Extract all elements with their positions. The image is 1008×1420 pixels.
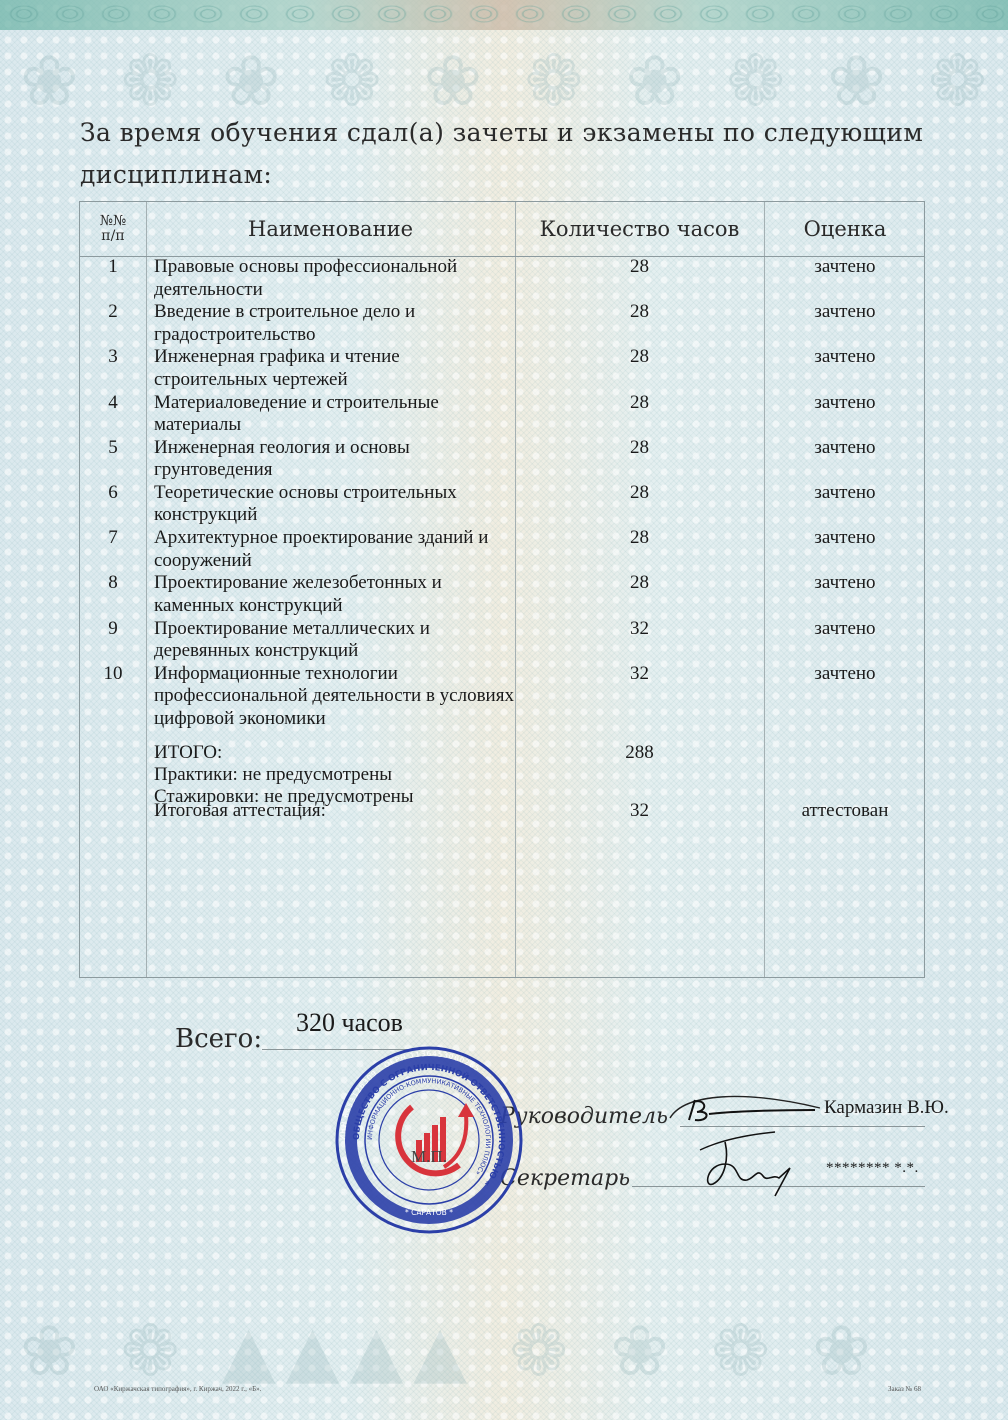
row-number: 3 — [80, 346, 146, 369]
header-name: Наименование — [146, 202, 515, 256]
row-number: 2 — [80, 301, 146, 324]
discipline-grade: зачтено — [764, 392, 926, 415]
table-row: 2Введение в строительное дело и градостр… — [80, 301, 926, 346]
practices-line: Практики: не предусмотрены — [154, 764, 392, 786]
table-row: 7Архитектурное проектирование зданий и с… — [80, 527, 926, 572]
total-label: Всего: — [175, 1024, 262, 1054]
table-row: 8Проектирование железобетонных и каменны… — [80, 572, 926, 617]
discipline-grade: зачтено — [764, 256, 926, 279]
secretary-name: ******** *.*. — [826, 1160, 919, 1177]
secretary-signature-icon — [695, 1128, 805, 1200]
table-row: 3Инженерная графика и чтение строительны… — [80, 346, 926, 391]
head-signature-icon — [665, 1088, 825, 1128]
discipline-hours: 32 — [515, 663, 764, 686]
svg-text:* САРАТОВ *: * САРАТОВ * — [405, 1208, 453, 1217]
table-row: 4Материаловедение и строительные материа… — [80, 392, 926, 437]
discipline-grade: зачтено — [764, 301, 926, 324]
discipline-grade: зачтено — [764, 482, 926, 505]
background-ornament-top: ❀ ❁ ❀ ❁ ❀ ❁ ❀ ❁ ❀ ❁ — [20, 40, 997, 122]
header-hours: Количество часов — [515, 202, 764, 256]
discipline-grade: зачтено — [764, 663, 926, 686]
itogo-hours: 288 — [515, 742, 764, 764]
row-number: 8 — [80, 572, 146, 595]
discipline-name: Правовые основы профессиональной деятель… — [154, 256, 514, 301]
itogo-label: ИТОГО: — [154, 742, 222, 764]
discipline-name: Введение в строительное дело и градостро… — [154, 301, 514, 346]
row-number: 10 — [80, 663, 146, 686]
discipline-name: Инженерная графика и чтение строительных… — [154, 346, 514, 391]
head-label: Руководитель — [500, 1104, 668, 1129]
header-number: №№ п/п — [80, 202, 146, 256]
discipline-grade: зачтено — [764, 572, 926, 595]
table-row: 9Проектирование металлических и деревянн… — [80, 618, 926, 663]
discipline-name: Информационные технологии профессиональн… — [154, 663, 514, 731]
organization-stamp: ИНН 6453126309 · ОГРН 1136453000265 · ОБ… — [334, 1045, 524, 1235]
discipline-hours: 28 — [515, 392, 764, 415]
row-number: 1 — [80, 256, 146, 279]
discipline-grade: зачтено — [764, 437, 926, 460]
discipline-hours: 28 — [515, 482, 764, 505]
discipline-hours: 28 — [515, 346, 764, 369]
discipline-hours: 28 — [515, 256, 764, 279]
table-body: 1Правовые основы профессиональной деятел… — [80, 256, 926, 730]
page-heading: За время обучения сдал(а) зачеты и экзам… — [80, 112, 940, 196]
row-number: 4 — [80, 392, 146, 415]
discipline-hours: 28 — [515, 572, 764, 595]
disciplines-table: №№ п/п Наименование Количество часов Оце… — [79, 201, 925, 978]
table-row: 6Теоретические основы строительных конст… — [80, 482, 926, 527]
background-ornament-bottom: ❀ ❁ ▲▲▲▲ ❁ ❀ ❁ ❀ — [20, 1310, 881, 1392]
discipline-name: Проектирование железобетонных и каменных… — [154, 572, 514, 617]
header-number-line1: №№ — [100, 214, 127, 229]
header-grade: Оценка — [764, 202, 926, 256]
ornamental-top-border — [0, 0, 1008, 30]
discipline-name: Теоретические основы строительных констр… — [154, 482, 514, 527]
row-number: 6 — [80, 482, 146, 505]
total-value: 320 часов — [296, 1008, 403, 1038]
final-attestation-hours: 32 — [515, 800, 764, 822]
discipline-hours: 28 — [515, 527, 764, 550]
order-number: Заказ № 68 — [888, 1385, 921, 1393]
discipline-name: Инженерная геология и основы грунтоведен… — [154, 437, 514, 482]
discipline-name: Проектирование металлических и деревянны… — [154, 618, 514, 663]
discipline-hours: 28 — [515, 301, 764, 324]
discipline-name: Материаловедение и строительные материал… — [154, 392, 514, 437]
discipline-grade: зачтено — [764, 346, 926, 369]
discipline-name: Архитектурное проектирование зданий и со… — [154, 527, 514, 572]
row-number: 7 — [80, 527, 146, 550]
table-row: 5Инженерная геология и основы грунтоведе… — [80, 437, 926, 482]
table-row: 1Правовые основы профессиональной деятел… — [80, 256, 926, 301]
discipline-hours: 28 — [515, 437, 764, 460]
discipline-grade: зачтено — [764, 618, 926, 641]
discipline-grade: зачтено — [764, 527, 926, 550]
final-attestation-label: Итоговая аттестация: — [154, 800, 326, 822]
row-number: 9 — [80, 618, 146, 641]
table-row: 10Информационные технологии профессионал… — [80, 663, 926, 731]
row-number: 5 — [80, 437, 146, 460]
head-name: Кармазин В.Ю. — [824, 1097, 949, 1119]
final-attestation-grade: аттестован — [764, 800, 926, 822]
header-number-line2: п/п — [101, 229, 124, 244]
svg-text:М.П.: М.П. — [411, 1147, 447, 1166]
discipline-hours: 32 — [515, 618, 764, 641]
printer-imprint: ОАО «Киржачская типография», г. Киржач, … — [94, 1385, 261, 1393]
